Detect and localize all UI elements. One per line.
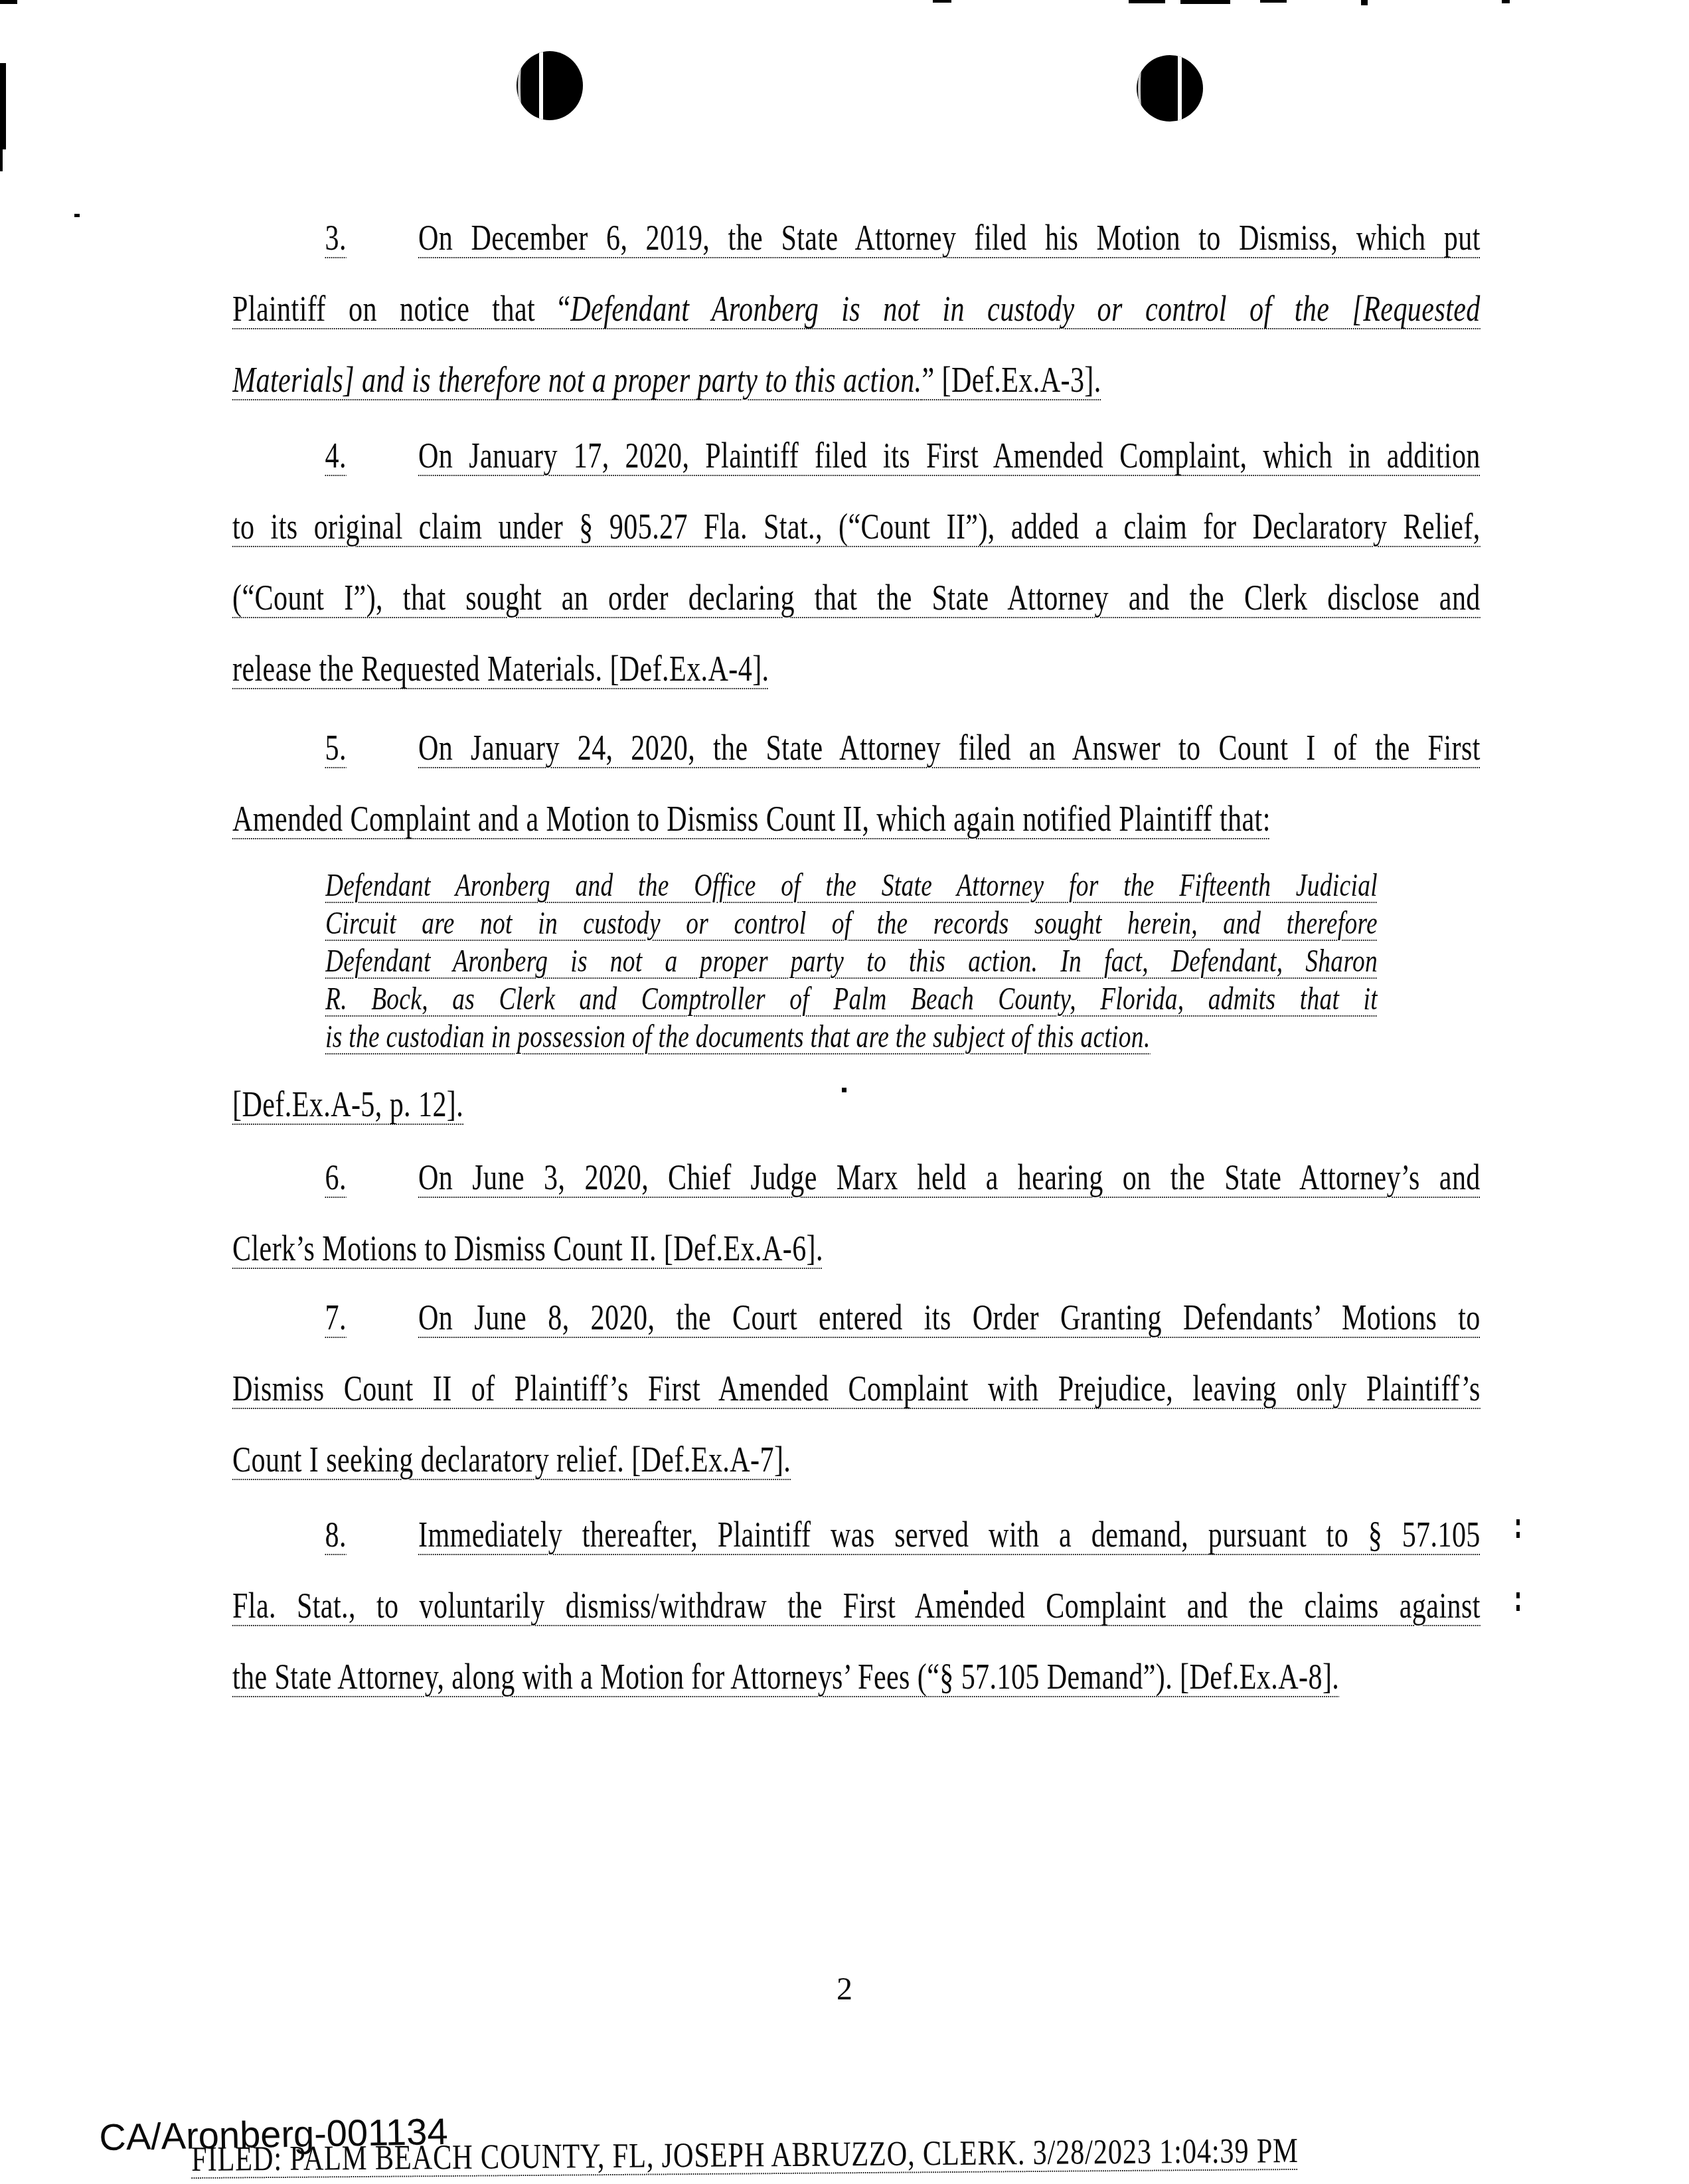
- body-text: release the Requested Materials. [Def.Ex…: [232, 649, 769, 689]
- para-4-line-3: (“Count I”), that sought an order declar…: [232, 562, 1481, 633]
- citation-line: [Def.Ex.A-5, p. 12].: [232, 1069, 1481, 1140]
- paragraph-number: 5.: [325, 713, 418, 784]
- body-text: Immediately thereafter, Plaintiff was se…: [418, 1515, 1481, 1554]
- italic-segment: Defendant Aronberg is not in custody or …: [570, 289, 1480, 329]
- page-number: 2: [0, 1971, 1689, 2007]
- body-text: the State Attorney, along with a Motion …: [232, 1657, 1339, 1697]
- paragraph-number: 7.: [325, 1282, 418, 1353]
- body-text: [Def.Ex.A-5, p. 12].: [232, 1084, 463, 1124]
- body-text: Plaintiff on notice that “: [232, 289, 570, 329]
- para-5-line-1: 5.On January 24, 2020, the State Attorne…: [232, 713, 1481, 784]
- punch-highlight: [518, 60, 527, 111]
- scan-edge-artifact: [1502, 0, 1510, 3]
- quote-line-1: Defendant Aronberg and the Office of the…: [325, 867, 1378, 904]
- hole-punch-mark-right: [1137, 55, 1203, 122]
- paragraph-number: 8.: [325, 1499, 418, 1570]
- body-text: Dismiss Count II of Plaintiff’s First Am…: [232, 1369, 1481, 1408]
- scan-edge-artifact: [0, 0, 17, 4]
- scan-speck: [1516, 1592, 1520, 1598]
- quote-line-4: R. Bock, as Clerk and Comptroller of Pal…: [325, 980, 1378, 1018]
- body-text: (“Count I”), that sought an order declar…: [232, 578, 1481, 618]
- paragraph-3: 3.On December 6, 2019, the State Attorne…: [232, 203, 1481, 416]
- punch-stripe: [1178, 55, 1182, 122]
- para-3-line-2: Plaintiff on notice that “Defendant Aron…: [232, 274, 1481, 345]
- para-7-line-2: Dismiss Count II of Plaintiff’s First Am…: [232, 1353, 1481, 1424]
- scan-speck: [1516, 1519, 1520, 1525]
- paragraph-7: 7.On June 8, 2020, the Court entered its…: [232, 1282, 1481, 1495]
- filed-stamp: FILED: PALM BEACH COUNTY, FL, JOSEPH ABR…: [191, 2131, 1299, 2179]
- scan-edge-artifact: [933, 0, 951, 3]
- para-8-line-1: 8.Immediately thereafter, Plaintiff was …: [232, 1499, 1481, 1570]
- para-8-line-2: Fla. Stat., to voluntarily dismiss/withd…: [232, 1570, 1481, 1641]
- scan-speck: [1516, 1605, 1520, 1611]
- body-text: Fla. Stat., to voluntarily dismiss/withd…: [232, 1586, 1481, 1626]
- punch-stripe: [539, 51, 543, 120]
- hole-punch-mark-left: [517, 51, 583, 120]
- para-5-line-2: Amended Complaint and a Motion to Dismis…: [232, 784, 1481, 855]
- quote-text: is the custodian in possession of the do…: [325, 1019, 1151, 1054]
- body-text: On December 6, 2019, the State Attorney …: [418, 218, 1481, 258]
- para-7-line-1: 7.On June 8, 2020, the Court entered its…: [232, 1282, 1481, 1353]
- para-4-line-2: to its original claim under § 905.27 Fla…: [232, 491, 1481, 562]
- scan-edge-artifact: [1260, 0, 1287, 3]
- para-6-line-1: 6.On June 3, 2020, Chief Judge Marx held…: [232, 1142, 1481, 1213]
- para-3-line-1: 3.On December 6, 2019, the State Attorne…: [232, 203, 1481, 274]
- scan-speck: [1516, 1532, 1520, 1538]
- para-4-line-1: 4.On January 17, 2020, Plaintiff filed i…: [232, 420, 1481, 491]
- paragraph-6: 6.On June 3, 2020, Chief Judge Marx held…: [232, 1142, 1481, 1284]
- paragraph-number: 6.: [325, 1142, 418, 1213]
- paragraph-8: 8.Immediately thereafter, Plaintiff was …: [232, 1499, 1481, 1713]
- punch-highlight: [1138, 64, 1147, 112]
- quote-citation: [Def.Ex.A-5, p. 12].: [232, 1069, 1481, 1140]
- scan-edge-artifact: [0, 146, 3, 171]
- para-6-line-2: Clerk’s Motions to Dismiss Count II. [De…: [232, 1213, 1481, 1284]
- quote-line-5: is the custodian in possession of the do…: [325, 1018, 1378, 1056]
- scan-edge-artifact: [0, 63, 6, 149]
- scan-edge-artifact: [1180, 0, 1230, 4]
- body-text: On June 8, 2020, the Court entered its O…: [418, 1298, 1481, 1337]
- paragraph-number: 3.: [325, 203, 418, 274]
- scanned-court-document-page: 3.On December 6, 2019, the State Attorne…: [0, 0, 1689, 2184]
- body-text: Count I seeking declaratory relief. [Def…: [232, 1440, 791, 1479]
- quote-text: Defendant Aronberg is not a proper party…: [325, 944, 1378, 979]
- scan-edge-artifact: [1361, 0, 1368, 5]
- quote-text: Defendant Aronberg and the Office of the…: [325, 868, 1378, 903]
- body-text: On June 3, 2020, Chief Judge Marx held a…: [418, 1157, 1481, 1197]
- scan-edge-artifact: [1129, 0, 1165, 3]
- block-quote: Defendant Aronberg and the Office of the…: [325, 867, 1378, 1056]
- paragraph-number: 4.: [325, 420, 418, 491]
- scan-speck: [74, 214, 80, 217]
- para-7-line-3: Count I seeking declaratory relief. [Def…: [232, 1424, 1481, 1495]
- quote-text: Circuit are not in custody or control of…: [325, 906, 1378, 941]
- body-text: ” [Def.Ex.A-3].: [922, 360, 1101, 400]
- body-text: On January 24, 2020, the State Attorney …: [418, 728, 1481, 768]
- body-text: to its original claim under § 905.27 Fla…: [232, 507, 1481, 546]
- paragraph-5: 5.On January 24, 2020, the State Attorne…: [232, 713, 1481, 855]
- para-3-line-3: Materials] and is therefore not a proper…: [232, 345, 1481, 416]
- body-text: Clerk’s Motions to Dismiss Count II. [De…: [232, 1228, 823, 1268]
- italic-segment: Materials] and is therefore not a proper…: [232, 360, 922, 400]
- quote-line-2: Circuit are not in custody or control of…: [325, 904, 1378, 942]
- quote-text: R. Bock, as Clerk and Comptroller of Pal…: [325, 981, 1378, 1017]
- quote-line-3: Defendant Aronberg is not a proper party…: [325, 942, 1378, 980]
- para-8-line-3: the State Attorney, along with a Motion …: [232, 1641, 1481, 1713]
- body-text: On January 17, 2020, Plaintiff filed its…: [418, 436, 1481, 475]
- para-4-line-4: release the Requested Materials. [Def.Ex…: [232, 633, 1481, 705]
- paragraph-4: 4.On January 17, 2020, Plaintiff filed i…: [232, 420, 1481, 705]
- body-text: Amended Complaint and a Motion to Dismis…: [232, 799, 1271, 839]
